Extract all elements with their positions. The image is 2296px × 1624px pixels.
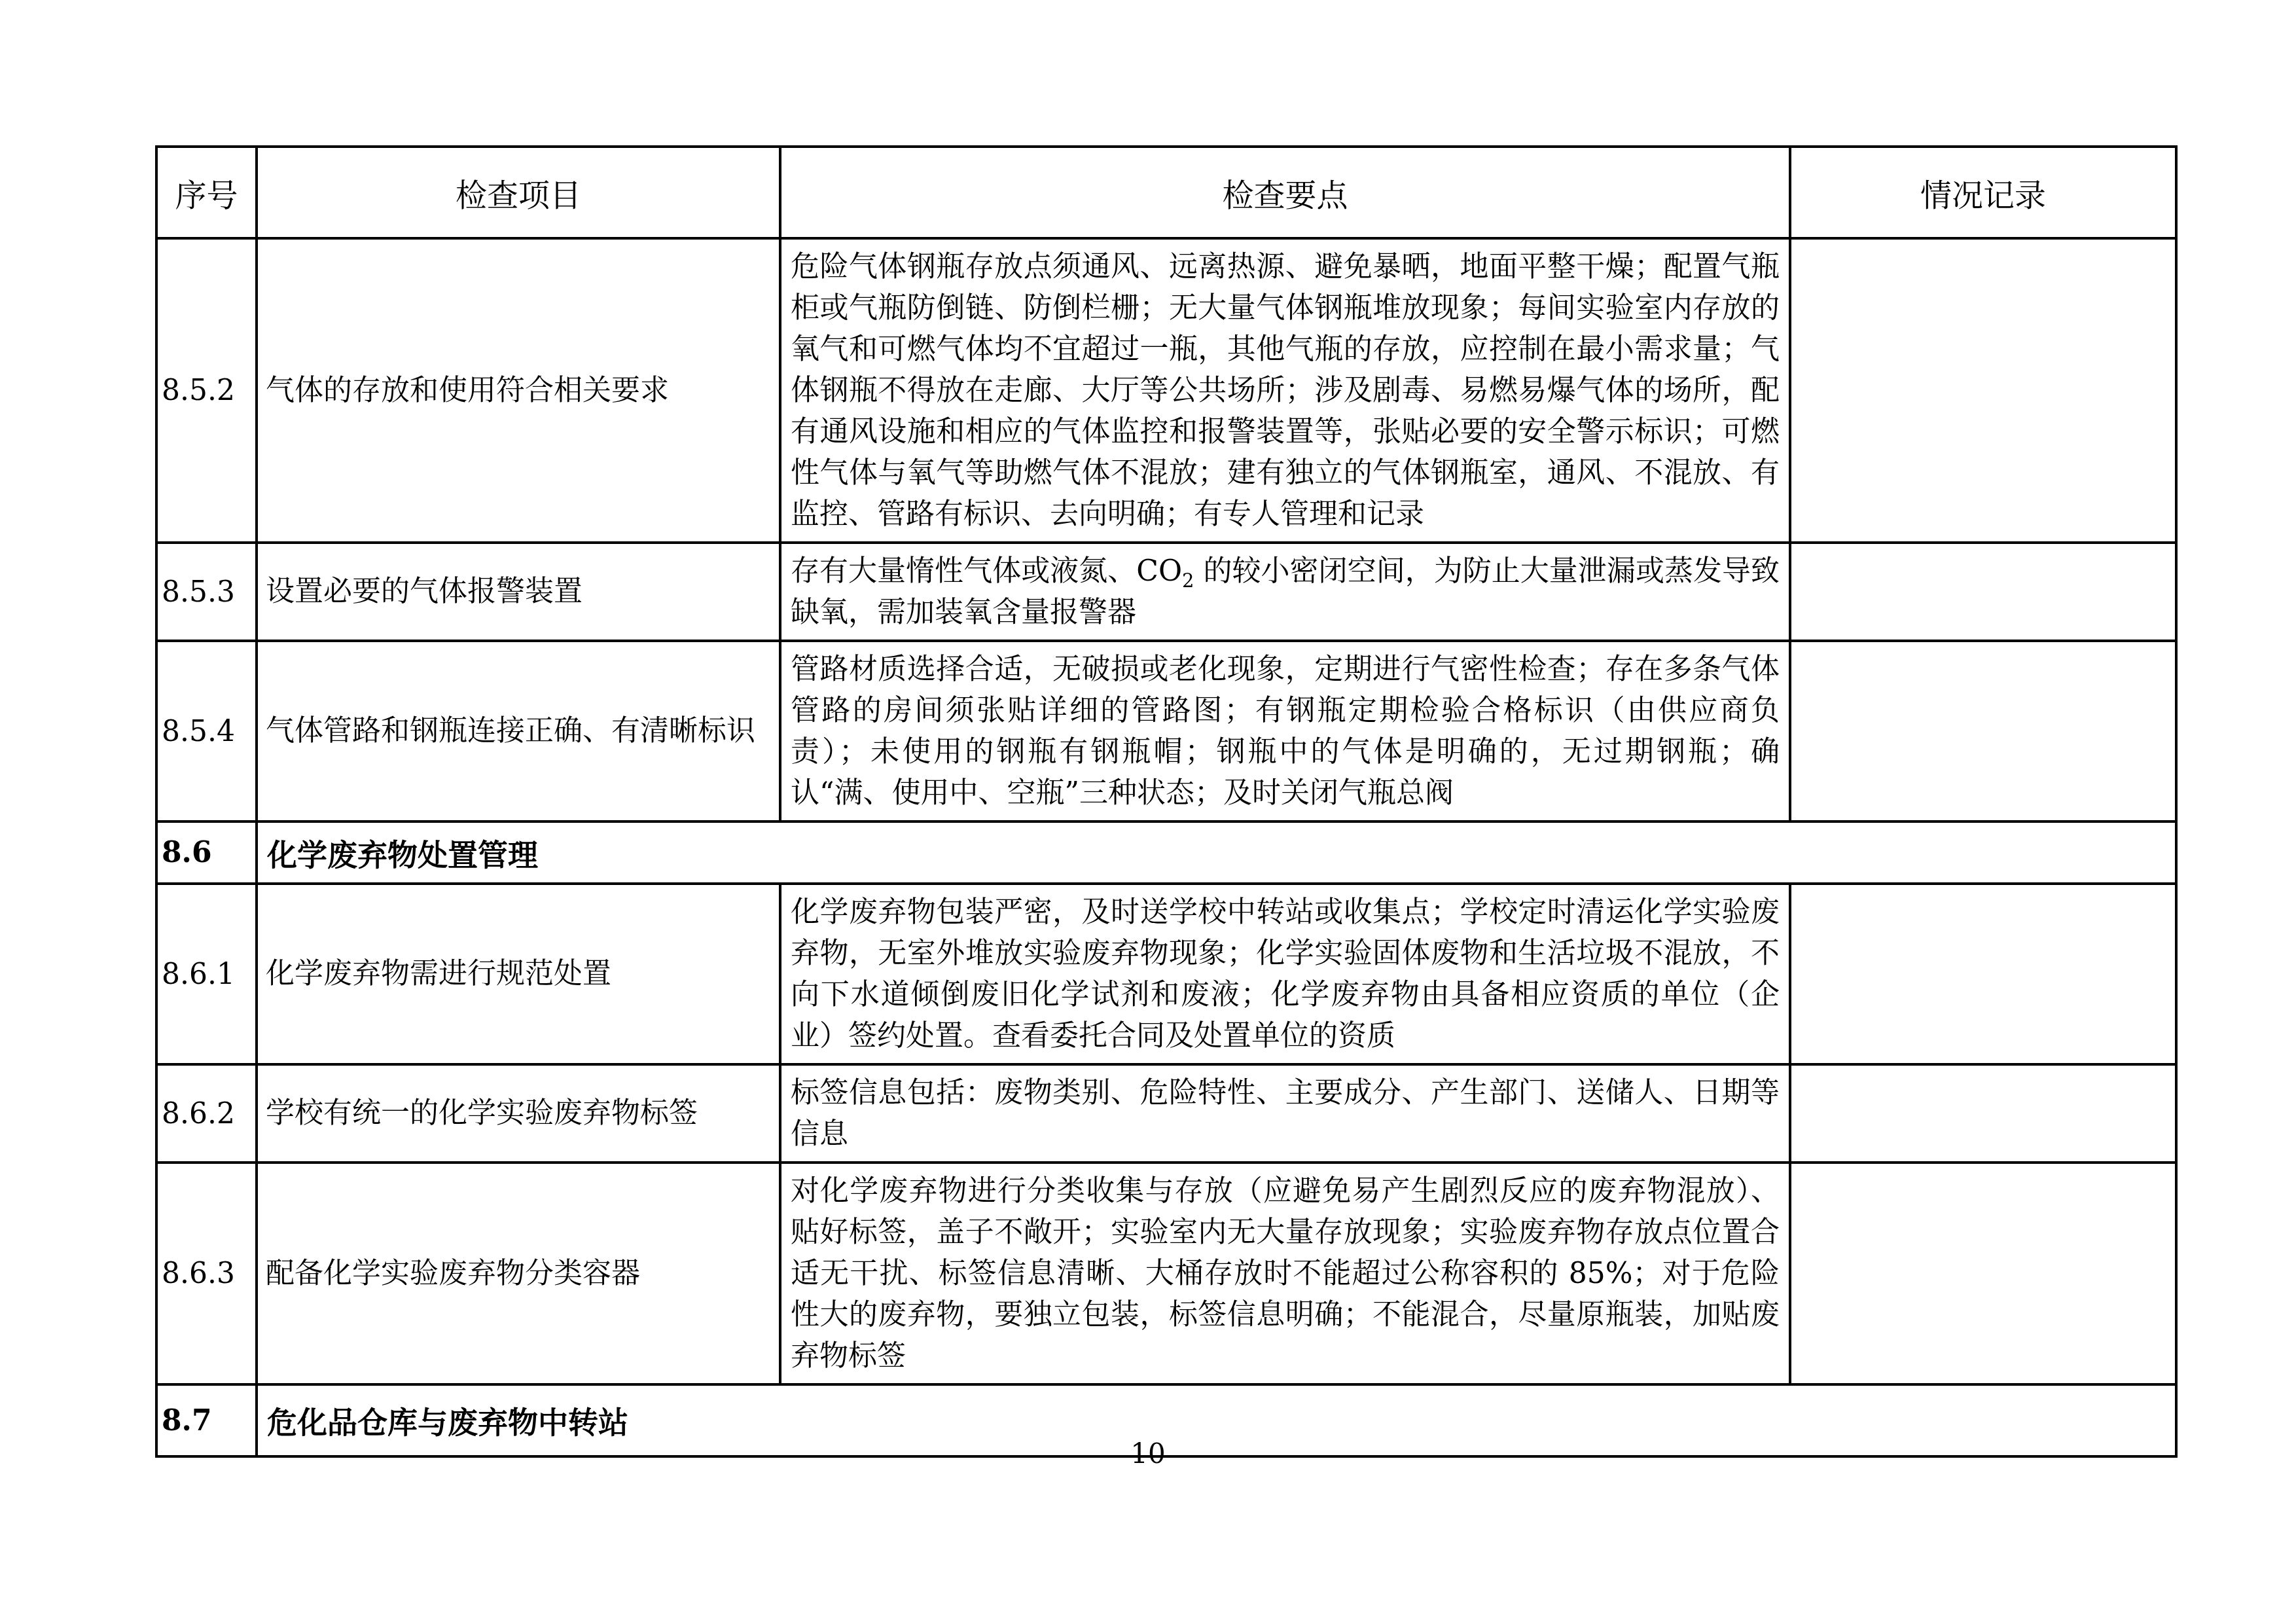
subscript-text: 2 [1182,569,1194,592]
header-points: 检查要点 [780,147,1790,238]
document-page: 序号 检查项目 检查要点 情况记录 8.5.2气体的存放和使用符合相关要求危险气… [0,0,2296,1624]
record-cell [1790,641,2176,821]
table-row: 8.6.3配备化学实验废弃物分类容器对化学废弃物进行分类收集与存放（应避免易产生… [156,1163,2176,1384]
record-cell [1790,1163,2176,1384]
table-row: 8.5.3设置必要的气体报警装置存有大量惰性气体或液氮、CO2 的较小密闭空间，… [156,543,2176,641]
inspection-points: 管路材质选择合适，无破损或老化现象，定期进行气密性检查；存在多条气体管路的房间须… [780,641,1790,821]
page-number: 10 [0,1437,2296,1470]
table-row: 8.6.2学校有统一的化学实验废弃物标签标签信息包括：废物类别、危险特性、主要成… [156,1064,2176,1163]
points-text: 对化学废弃物进行分类收集与存放（应避免易产生剧烈反应的废弃物混放）、贴好标签，盖… [791,1174,1780,1373]
row-number: 8.5.3 [156,543,257,641]
inspection-points: 标签信息包括：废物类别、危险特性、主要成分、产生部门、送储人、日期等信息 [780,1064,1790,1163]
points-text: 存有大量惰性气体或液氮、CO [791,554,1182,588]
points-text: 标签信息包括：废物类别、危险特性、主要成分、产生部门、送储人、日期等信息 [791,1076,1780,1151]
header-number: 序号 [156,147,257,238]
points-text: 管路材质选择合适，无破损或老化现象，定期进行气密性检查；存在多条气体管路的房间须… [791,653,1780,810]
header-item: 检查项目 [257,147,780,238]
row-number: 8.5.4 [156,641,257,821]
row-number: 8.6.1 [156,884,257,1064]
table-body: 8.5.2气体的存放和使用符合相关要求危险气体钢瓶存放点须通风、远离热源、避免暴… [156,238,2176,1456]
table-row: 8.6化学废弃物处置管理 [156,821,2176,884]
section-title: 化学废弃物处置管理 [257,821,2176,884]
table-row: 8.6.1化学废弃物需进行规范处置化学废弃物包装严密，及时送学校中转站或收集点；… [156,884,2176,1064]
table-header: 序号 检查项目 检查要点 情况记录 [156,147,2176,238]
inspection-item: 设置必要的气体报警装置 [257,543,780,641]
row-number: 8.6.2 [156,1064,257,1163]
row-number: 8.6 [156,821,257,884]
inspection-points: 化学废弃物包装严密，及时送学校中转站或收集点；学校定时清运化学实验废弃物，无室外… [780,884,1790,1064]
points-text: 危险气体钢瓶存放点须通风、远离热源、避免暴晒，地面平整干燥；配置气瓶柜或气瓶防倒… [791,250,1780,531]
points-text: 化学废弃物包装严密，及时送学校中转站或收集点；学校定时清运化学实验废弃物，无室外… [791,895,1780,1053]
inspection-points: 危险气体钢瓶存放点须通风、远离热源、避免暴晒，地面平整干燥；配置气瓶柜或气瓶防倒… [780,238,1790,543]
row-number: 8.6.3 [156,1163,257,1384]
header-record: 情况记录 [1790,147,2176,238]
inspection-points: 对化学废弃物进行分类收集与存放（应避免易产生剧烈反应的废弃物混放）、贴好标签，盖… [780,1163,1790,1384]
inspection-table: 序号 检查项目 检查要点 情况记录 8.5.2气体的存放和使用符合相关要求危险气… [155,145,2178,1458]
record-cell [1790,238,2176,543]
record-cell [1790,884,2176,1064]
row-number: 8.5.2 [156,238,257,543]
inspection-item: 配备化学实验废弃物分类容器 [257,1163,780,1384]
inspection-item: 学校有统一的化学实验废弃物标签 [257,1064,780,1163]
record-cell [1790,543,2176,641]
record-cell [1790,1064,2176,1163]
inspection-points: 存有大量惰性气体或液氮、CO2 的较小密闭空间，为防止大量泄漏或蒸发导致缺氧，需… [780,543,1790,641]
table-row: 8.5.2气体的存放和使用符合相关要求危险气体钢瓶存放点须通风、远离热源、避免暴… [156,238,2176,543]
inspection-item: 气体的存放和使用符合相关要求 [257,238,780,543]
table-row: 8.5.4气体管路和钢瓶连接正确、有清晰标识管路材质选择合适，无破损或老化现象，… [156,641,2176,821]
inspection-item: 化学废弃物需进行规范处置 [257,884,780,1064]
inspection-item: 气体管路和钢瓶连接正确、有清晰标识 [257,641,780,821]
header-row: 序号 检查项目 检查要点 情况记录 [156,147,2176,238]
